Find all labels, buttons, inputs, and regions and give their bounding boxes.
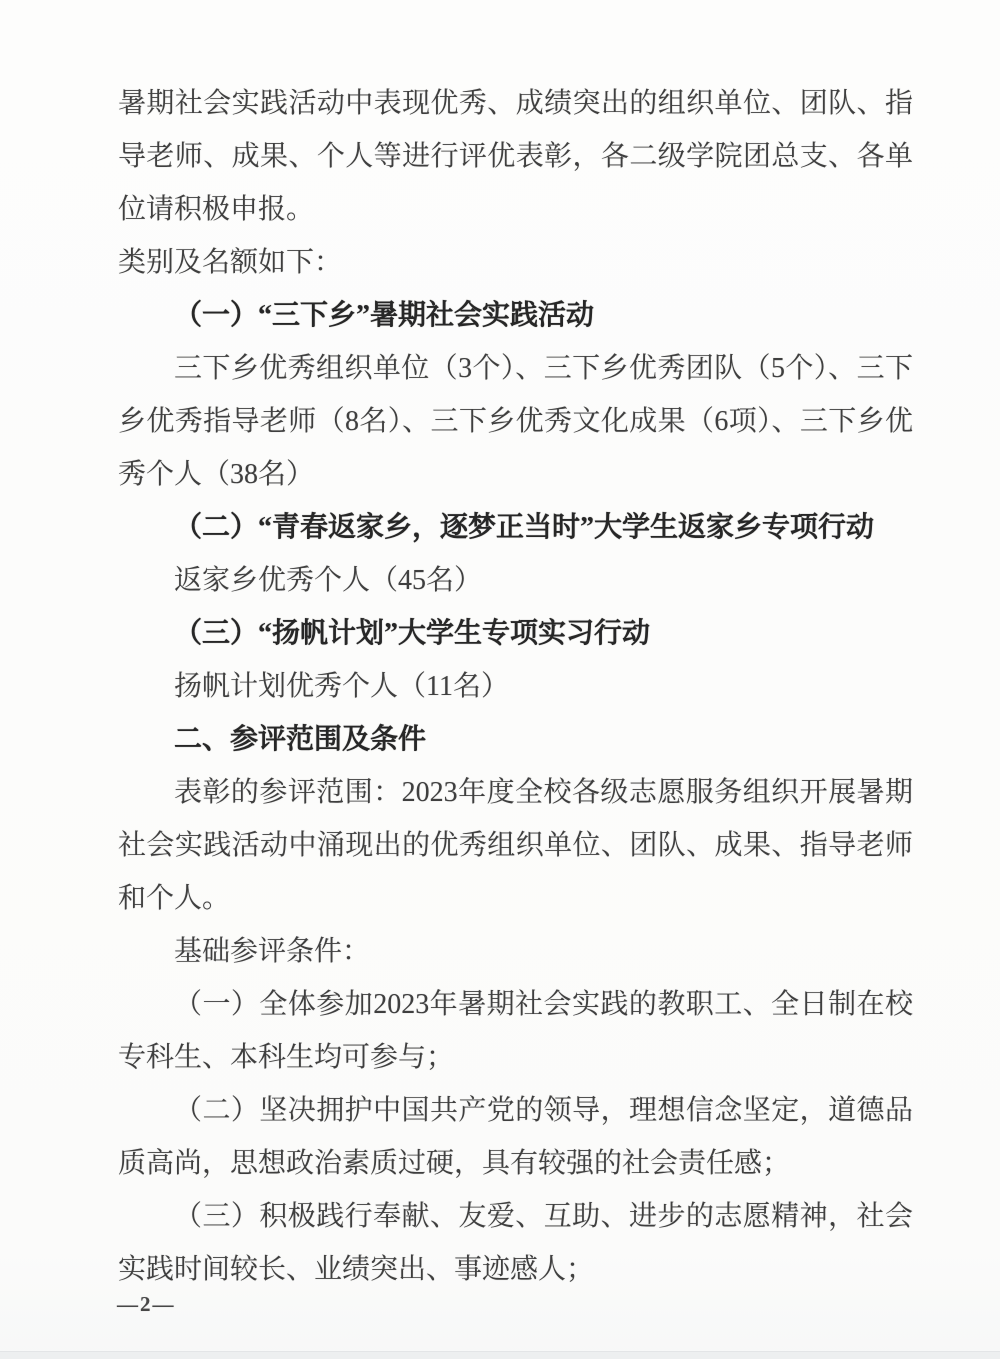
- page-number: —2—: [117, 1292, 176, 1317]
- body-text: 返家乡优秀个人（45名）: [118, 554, 913, 607]
- section-heading: 二、参评范围及条件: [118, 713, 913, 766]
- page-bottom-edge: [0, 1351, 1000, 1359]
- body-text: 三下乡优秀组织单位（3个）、三下乡优秀团队（5个）、三下乡优秀指导老师（8名）、…: [118, 342, 913, 501]
- body-text: （三）积极践行奉献、友爱、互助、进步的志愿精神，社会实践时间较长、业绩突出、事迹…: [118, 1190, 913, 1296]
- body-text: （二）坚决拥护中国共产党的领导，理想信念坚定，道德品质高尚，思想政治素质过硬，具…: [118, 1084, 913, 1190]
- document-page: 暑期社会实践活动中表现优秀、成绩突出的组织单位、团队、指导老师、成果、个人等进行…: [0, 0, 1000, 1359]
- body-text: 基础参评条件：: [118, 925, 913, 978]
- body-text: 扬帆计划优秀个人（11名）: [118, 660, 913, 713]
- section-heading: （一）“三下乡”暑期社会实践活动: [118, 289, 913, 342]
- section-heading: （三）“扬帆计划”大学生专项实习行动: [118, 607, 913, 660]
- section-heading: （二）“青春返家乡，逐梦正当时”大学生返家乡专项行动: [118, 501, 913, 554]
- body-text: 暑期社会实践活动中表现优秀、成绩突出的组织单位、团队、指导老师、成果、个人等进行…: [118, 77, 913, 236]
- body-text: 表彰的参评范围：2023年度全校各级志愿服务组织开展暑期社会实践活动中涌现出的优…: [118, 766, 913, 925]
- document-body: 暑期社会实践活动中表现优秀、成绩突出的组织单位、团队、指导老师、成果、个人等进行…: [118, 77, 913, 1296]
- body-text: （一）全体参加2023年暑期社会实践的教职工、全日制在校专科生、本科生均可参与；: [118, 978, 913, 1084]
- body-text: 类别及名额如下：: [118, 236, 913, 289]
